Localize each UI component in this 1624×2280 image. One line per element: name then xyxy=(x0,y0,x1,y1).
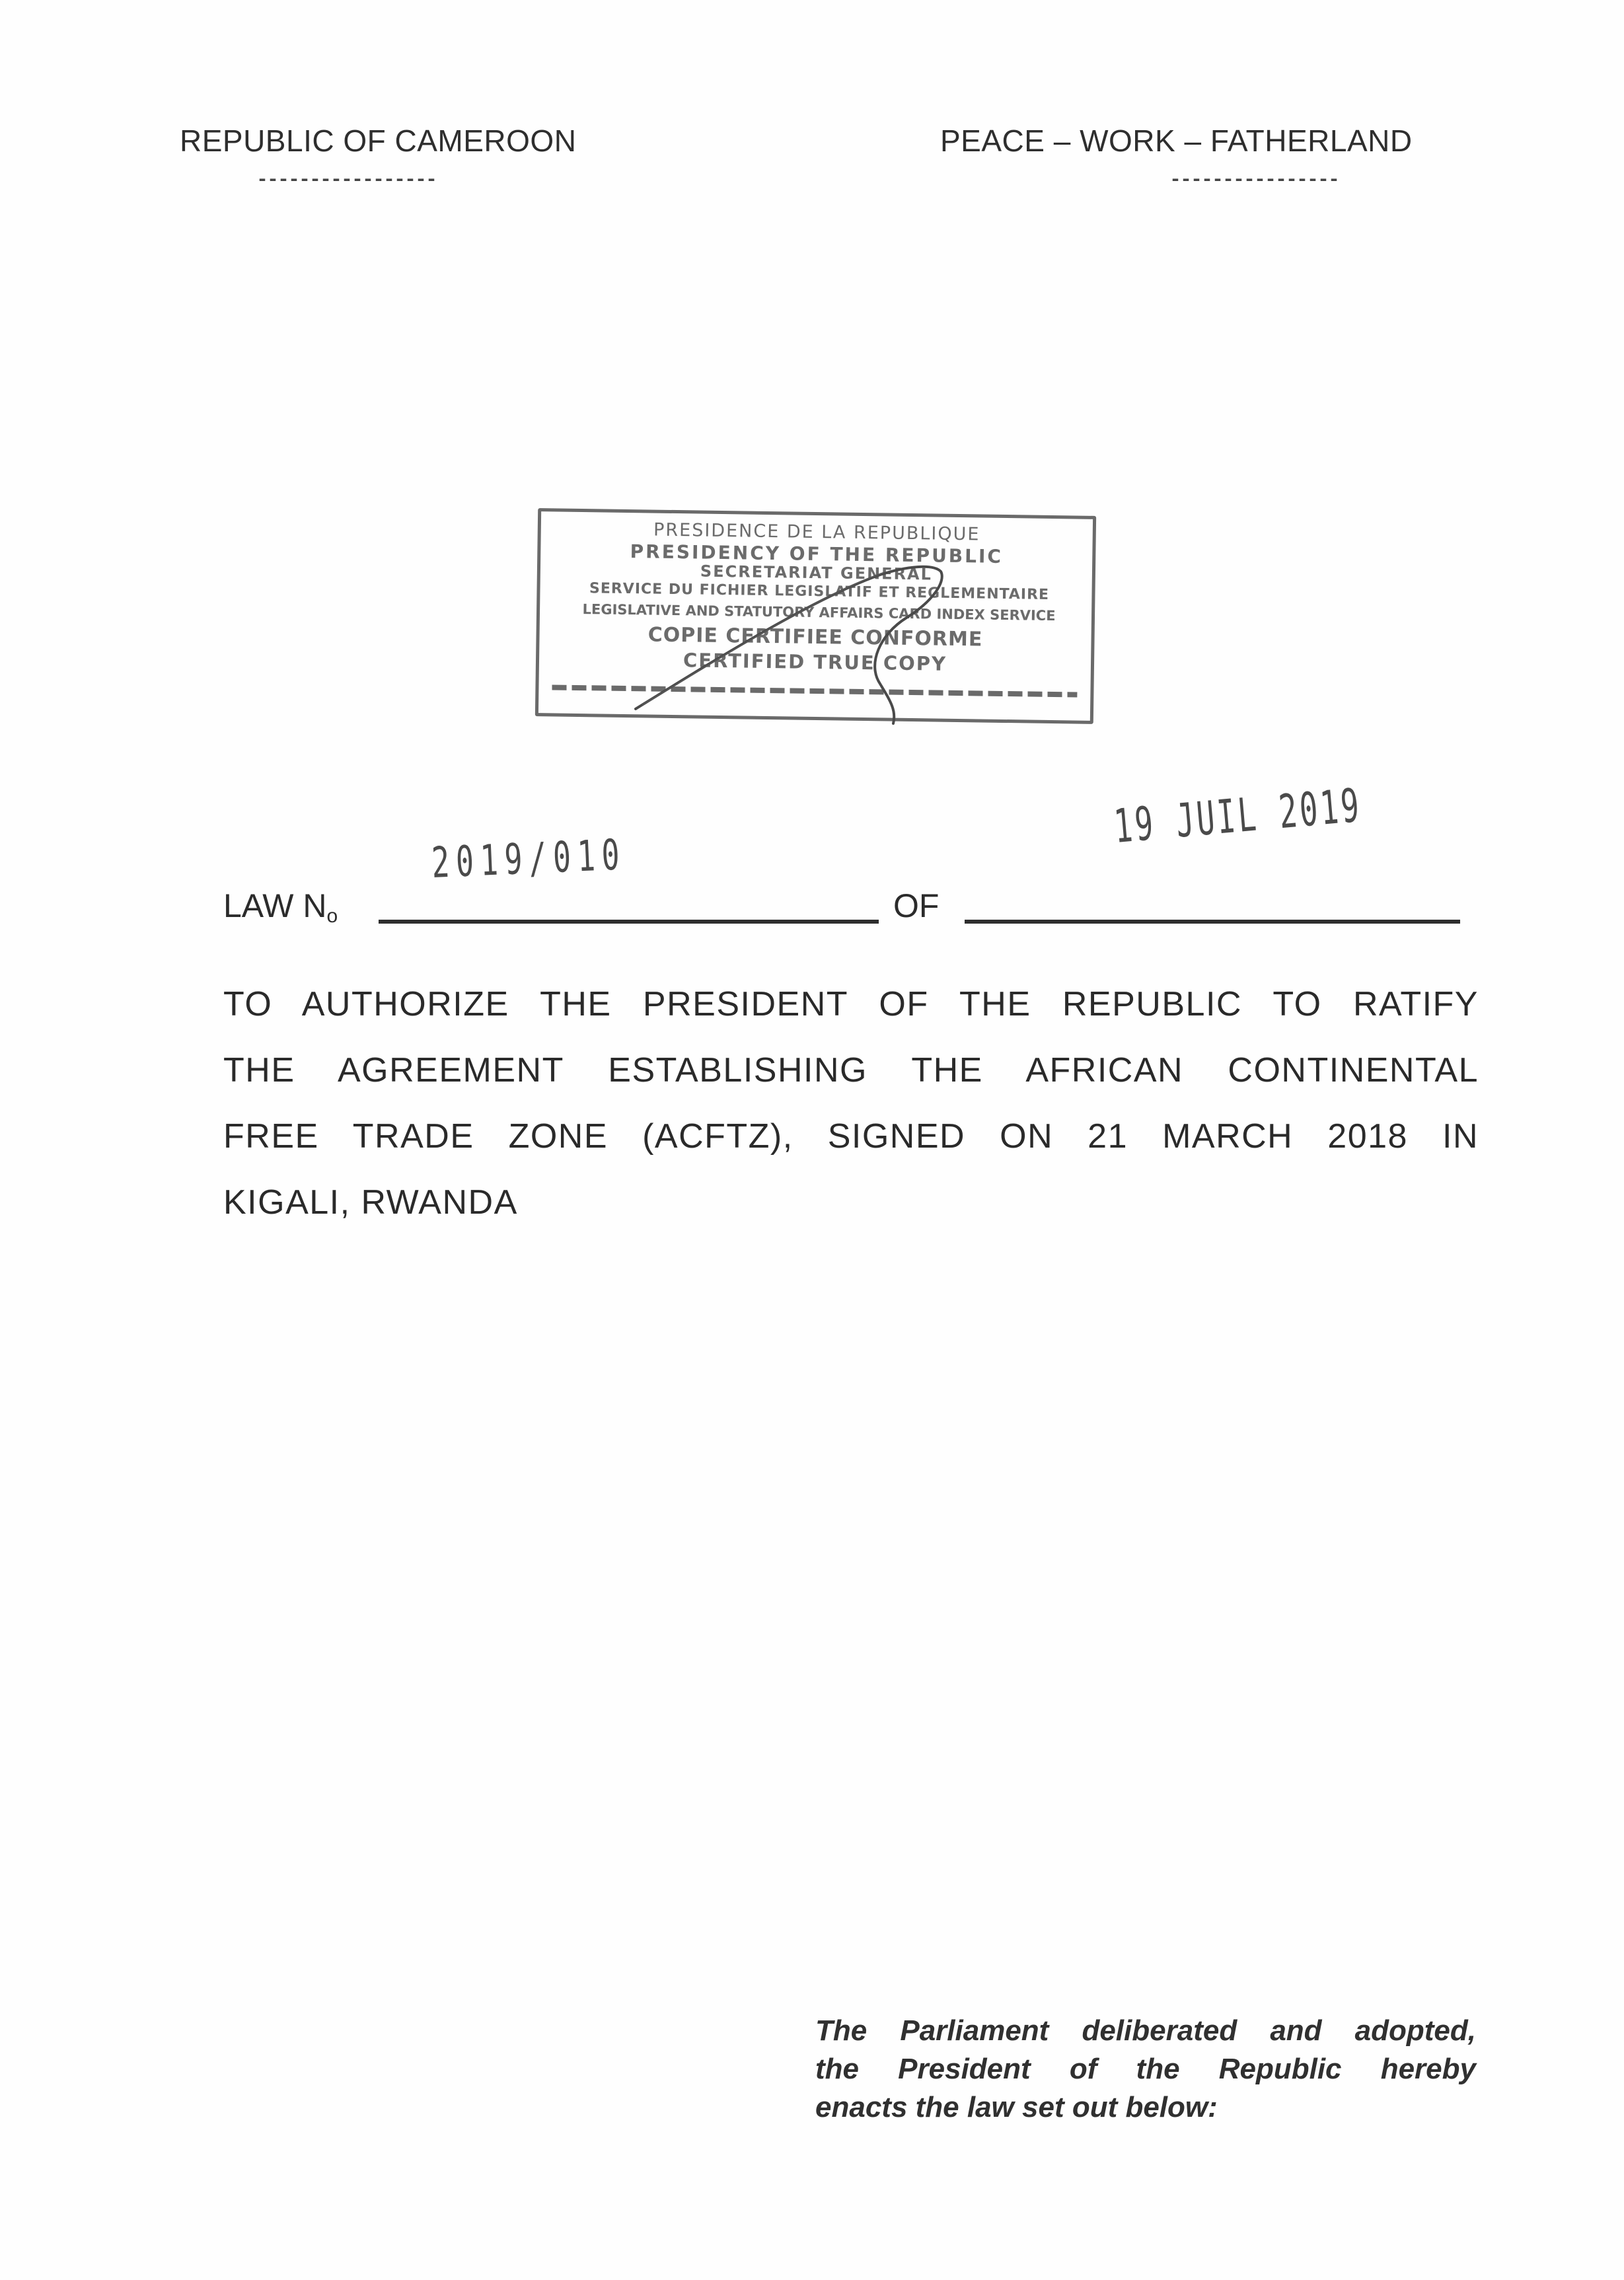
law-date-stamp: 19 JUIL 2019 xyxy=(1112,778,1364,854)
law-title-line: TO AUTHORIZE THE PRESIDENT OF THE REPUBL… xyxy=(223,971,1479,1037)
stamp-dashed-rule xyxy=(552,684,1077,697)
stamp-line: SERVICE DU FICHIER LEGISLATIF ET REGLEME… xyxy=(549,581,1089,603)
enacting-clause-line: the President of the Republic hereby xyxy=(815,2050,1476,2088)
stamp-line: CERTIFIED TRUE COPY xyxy=(539,649,1091,676)
law-date-underline xyxy=(965,920,1460,924)
enacting-clause-line: The Parliament deliberated and adopted, xyxy=(815,2012,1476,2050)
law-title-line: FREE TRADE ZONE (ACFTZ), SIGNED ON 21 MA… xyxy=(223,1103,1479,1169)
law-number-label: LAW No xyxy=(223,887,338,928)
law-title-line: THE AGREEMENT ESTABLISHING THE AFRICAN C… xyxy=(223,1037,1479,1103)
header-left-rule: ----------------- xyxy=(256,169,436,192)
header-republic-name: REPUBLIC OF CAMEROON xyxy=(180,123,576,159)
law-number-underline xyxy=(379,920,879,924)
law-title: TO AUTHORIZE THE PRESIDENT OF THE REPUBL… xyxy=(223,971,1479,1235)
law-title-line: KIGALI, RWANDA xyxy=(223,1169,1479,1235)
stamp-line: COPIE CERTIFIEE CONFORME xyxy=(539,624,1091,651)
header-motto: PEACE – WORK – FATHERLAND xyxy=(940,123,1413,159)
certified-copy-stamp: PRESIDENCE DE LA REPUBLIQUE PRESIDENCY O… xyxy=(535,508,1096,724)
stamp-line: PRESIDENCE DE LA REPUBLIQUE xyxy=(541,519,1093,545)
enacting-clause-line: enacts the law set out below: xyxy=(815,2088,1476,2127)
law-date-label: OF xyxy=(893,887,939,925)
law-number-value: 2019/010 xyxy=(431,830,627,888)
enacting-clause: The Parliament deliberated and adopted, … xyxy=(815,2012,1476,2127)
stamp-line: LEGISLATIVE AND STATUTORY AFFAIRS CARD I… xyxy=(549,602,1089,623)
header-right-rule: ---------------- xyxy=(1169,169,1339,192)
